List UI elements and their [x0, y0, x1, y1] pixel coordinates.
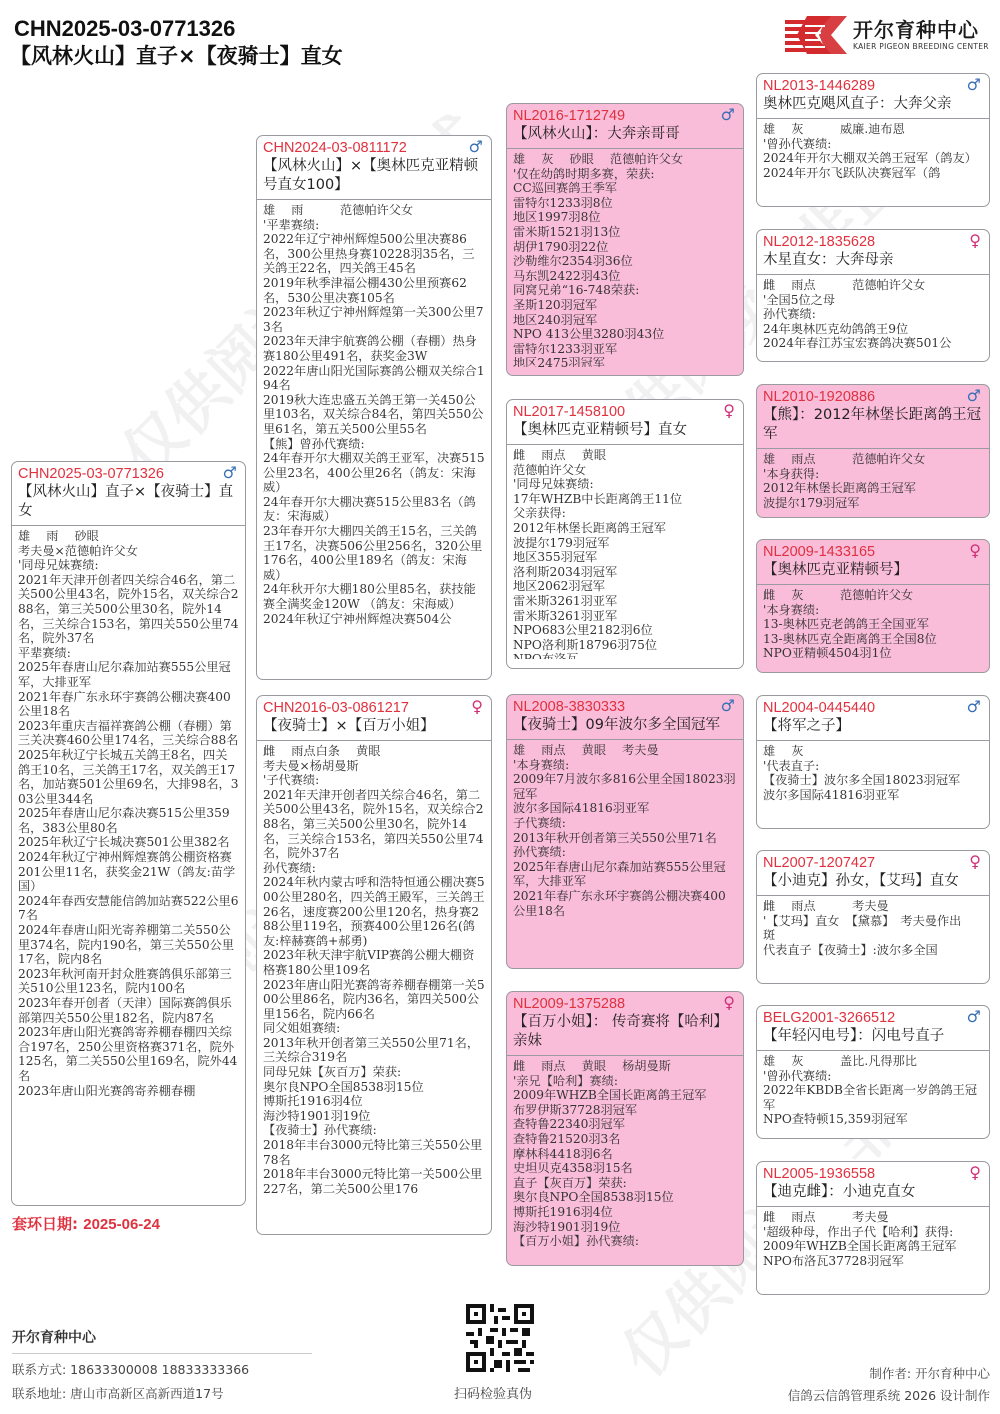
pedigree-card-ddd[interactable]: NL2005-1936558 ♀ 【迪克雌】：小迪克直女 雌 雨点 考夫曼 '超…	[756, 1161, 990, 1295]
brand-logo: 开尔育种中心 KAIER PIGEON BREEDING CENTER	[785, 16, 989, 54]
card-details: 雌 雨点 黄眼 杨胡曼斯 '亲兄【哈利】赛绩: 2009年WHZB全国长距离鸽王…	[507, 1056, 743, 1256]
footer-address: 联系地址: 唐山市高新区高新西道17号	[12, 1384, 312, 1402]
ring-number: NL2007-1207427	[763, 854, 983, 872]
ring-date: 套环日期: 2025-06-24	[12, 1213, 160, 1234]
female-icon: ♀	[471, 698, 483, 716]
title-pedigree-name: 【风林火山】直子×【夜骑士】直女	[10, 42, 343, 70]
male-icon: ♂	[223, 464, 237, 482]
page-title: CHN2025-03-0771326 【风林火山】直子×【夜骑士】直女	[14, 16, 343, 70]
logo-name-en: KAIER PIGEON BREEDING CENTER	[853, 41, 989, 52]
male-icon: ♂	[469, 138, 483, 156]
footer-system: 信鸽云信鸽管理系统 2026 设计制作	[788, 1385, 990, 1407]
footer-contact: 开尔育种中心 联系方式: 18633300008 18833333366 联系地…	[12, 1327, 312, 1402]
card-details: 雌 雨点 黄眼 范德帕许父女 '同母兄妹赛绩: 17年WHZB中长距离鸽王11位…	[507, 445, 743, 659]
card-details: 雌 雨点 考夫曼 '超级种母，作出子代【哈利】获得: 2009年WHZB全国长距…	[757, 1207, 989, 1287]
pedigree-card-sire-dam[interactable]: NL2017-1458100 ♀ 【奥林匹克亚精顿号】直女 雌 雨点 黄眼 范德…	[506, 399, 744, 669]
ring-number: CHN2025-03-0771326	[18, 465, 239, 483]
pedigree-card-dam-sire[interactable]: NL2008-3830333 ♂ 【夜骑士】09年波尔多全国冠军 雄 雨点 黄眼…	[506, 694, 744, 969]
pigeon-name: 【奥林匹克亚精顿号】直女	[513, 421, 737, 440]
pigeon-name: 【熊】：2012年林堡长距离鸽王冠军	[763, 406, 983, 444]
pedigree-card-sire[interactable]: CHN2024-03-0811172 ♂ 【风林火山】×【奥林匹克亚精顿号直女1…	[256, 135, 492, 680]
card-details: 雄 雨点 范德帕许父女 '本身获得: 2012年林堡长距离鸽王冠军 波提尔179…	[757, 449, 989, 509]
card-details: 雄 灰 威廉.迪布恩 '曾孙代赛绩: 2024年开尔大棚双关鸽王冠军（鸽友） 2…	[757, 119, 989, 199]
female-icon: ♀	[723, 994, 735, 1012]
male-icon: ♂	[967, 698, 981, 716]
pigeon-name: 【年轻闪电号】：闪电号直子	[763, 1027, 983, 1046]
footer-phone: 联系方式: 18633300008 18833333366	[12, 1360, 312, 1378]
ring-number: CHN2024-03-0811172	[263, 139, 485, 157]
ring-number: NL2009-1375288	[513, 995, 737, 1013]
male-icon: ♂	[967, 387, 981, 405]
male-icon: ♂	[967, 1008, 981, 1026]
card-details: 雄 灰 '代表直子: 【夜骑士】波尔多全国18023羽冠军 波尔多国际41816…	[757, 741, 989, 821]
pigeon-name: 木星直女：大奔母亲	[763, 251, 983, 270]
pedigree-card-dss[interactable]: NL2004-0445440 ♂ 【将军之子】 雄 灰 '代表直子: 【夜骑士】…	[756, 695, 990, 829]
male-icon: ♂	[721, 106, 735, 124]
pedigree-card-ssd[interactable]: NL2012-1835628 ♀ 木星直女：大奔母亲 雌 雨点 范德帕许父女 '…	[756, 229, 990, 362]
ring-number: NL2009-1433165	[763, 543, 983, 561]
female-icon: ♀	[969, 853, 981, 871]
qr-label: 扫码检验真伪	[454, 1383, 532, 1402]
pedigree-card-sds[interactable]: NL2010-1920886 ♂ 【熊】：2012年林堡长距离鸽王冠军 雄 雨点…	[756, 384, 990, 518]
ring-number: NL2013-1446289	[763, 77, 983, 95]
logo-name-cn: 开尔育种中心	[853, 19, 989, 41]
card-details: 雄 灰 盖比.凡得那比 '曾孙代赛绩: 2022年KBDB全省长距离一岁鸽鸽王冠…	[757, 1051, 989, 1131]
pigeon-name: 【百万小姐】： 传奇赛将【哈利】亲妹	[513, 1013, 737, 1051]
pigeon-name: 【小迪克】孙女，【艾玛】直女	[763, 872, 983, 891]
female-icon: ♀	[969, 542, 981, 560]
ring-number: NL2010-1920886	[763, 388, 983, 406]
female-icon: ♀	[723, 402, 735, 420]
pigeon-name: 【将军之子】	[763, 717, 983, 736]
ring-date-label: 套环日期:	[12, 1215, 78, 1233]
footer-maker: 制作者: 开尔育种中心	[788, 1363, 990, 1385]
ring-number: NL2016-1712749	[513, 107, 737, 125]
pedigree-card-dsd[interactable]: NL2007-1207427 ♀ 【小迪克】孙女，【艾玛】直女 雌 雨点 考夫曼…	[756, 850, 990, 984]
card-details: 雌 雨点 范德帕许父女 '全国5位之母 孙代赛绩: 24年奥林匹克幼鸽鸽王9位 …	[757, 275, 989, 355]
male-icon: ♂	[967, 76, 981, 94]
pedigree-card-sss[interactable]: NL2013-1446289 ♂ 奥林匹克飓风直子：大奔父亲 雄 灰 威廉.迪布…	[756, 73, 990, 207]
qr-code-icon[interactable]	[466, 1304, 534, 1372]
ring-number: NL2005-1936558	[763, 1165, 983, 1183]
ring-number: NL2017-1458100	[513, 403, 737, 421]
pigeon-name: 奥林匹克飓风直子：大奔父亲	[763, 95, 983, 114]
card-details: 雌 雨点 考夫曼 '【艾玛】直女 【黛慕】 考夫曼作出 斑 代表直子【夜骑士】:…	[757, 896, 989, 956]
female-icon: ♀	[969, 232, 981, 250]
pigeon-name: 【迪克雌】：小迪克直女	[763, 1183, 983, 1202]
card-details: 雄 灰 砂眼 范德帕许父女 '仅在幼鸽时期多赛，荣获: CC巡回赛鸽王季军 雷特…	[507, 149, 743, 367]
pigeon-name: 【奥林匹克亚精顿号】	[763, 561, 983, 580]
pedigree-card-sire-sire[interactable]: NL2016-1712749 ♂ 【风林火山】：大奔亲哥哥 雄 灰 砂眼 范德帕…	[506, 103, 744, 376]
footer-org-name: 开尔育种中心	[12, 1327, 312, 1354]
ring-number: CHN2016-03-0861217	[263, 699, 485, 717]
pedigree-card-subject[interactable]: CHN2025-03-0771326 ♂ 【风林火山】直子×【夜骑士】直女 雄 …	[11, 461, 246, 1206]
footer-credits: 制作者: 开尔育种中心 信鸽云信鸽管理系统 2026 设计制作	[788, 1363, 990, 1407]
pigeon-name: 【风林火山】：大奔亲哥哥	[513, 125, 737, 144]
ring-number: NL2008-3830333	[513, 698, 737, 716]
ring-number: NL2004-0445440	[763, 699, 983, 717]
card-details: 雄 雨 砂眼 考夫曼×范德帕许父女 '同母兄妹赛绩: 2021年天津开创者四关综…	[12, 526, 245, 1196]
logo-k-icon	[785, 16, 847, 54]
card-details: 雄 雨 范德帕许父女 '平辈赛绩: 2022年辽宁神州辉煌500公里决赛86名，…	[257, 200, 491, 670]
title-ring-number: CHN2025-03-0771326	[14, 16, 343, 42]
ring-number: NL2012-1835628	[763, 233, 983, 251]
pedigree-card-dam-dam[interactable]: NL2009-1375288 ♀ 【百万小姐】： 传奇赛将【哈利】亲妹 雌 雨点…	[506, 991, 744, 1266]
male-icon: ♂	[721, 697, 735, 715]
ring-date-value: 2025-06-24	[83, 1216, 160, 1233]
female-icon: ♀	[969, 1164, 981, 1182]
ring-number: BELG2001-3266512	[763, 1009, 983, 1027]
pigeon-name: 【风林火山】直子×【夜骑士】直女	[18, 483, 239, 521]
pigeon-name: 【风林火山】×【奥林匹克亚精顿号直女100】	[263, 157, 485, 195]
card-details: 雌 灰 范德帕许父女 '本身赛绩: 13-奥林匹克老鸽鸽王全国亚军 13-奥林匹…	[757, 585, 989, 665]
pigeon-name: 【夜骑士】×【百万小姐】	[263, 717, 485, 736]
card-details: 雄 雨点 黄眼 考夫曼 '本身赛绩: 2009年7月波尔多816公里全国1802…	[507, 740, 743, 940]
pigeon-name: 【夜骑士】09年波尔多全国冠军	[513, 716, 737, 735]
pedigree-card-sdd[interactable]: NL2009-1433165 ♀ 【奥林匹克亚精顿号】 雌 灰 范德帕许父女 '…	[756, 539, 990, 673]
pedigree-card-dds[interactable]: BELG2001-3266512 ♂ 【年轻闪电号】：闪电号直子 雄 灰 盖比.…	[756, 1005, 990, 1139]
pedigree-card-dam[interactable]: CHN2016-03-0861217 ♀ 【夜骑士】×【百万小姐】 雌 雨点白条…	[256, 695, 492, 1235]
card-details: 雌 雨点白条 黄眼 考夫曼×杨胡曼斯 '子代赛绩: 2021年天津开创者四关综合…	[257, 741, 491, 1226]
